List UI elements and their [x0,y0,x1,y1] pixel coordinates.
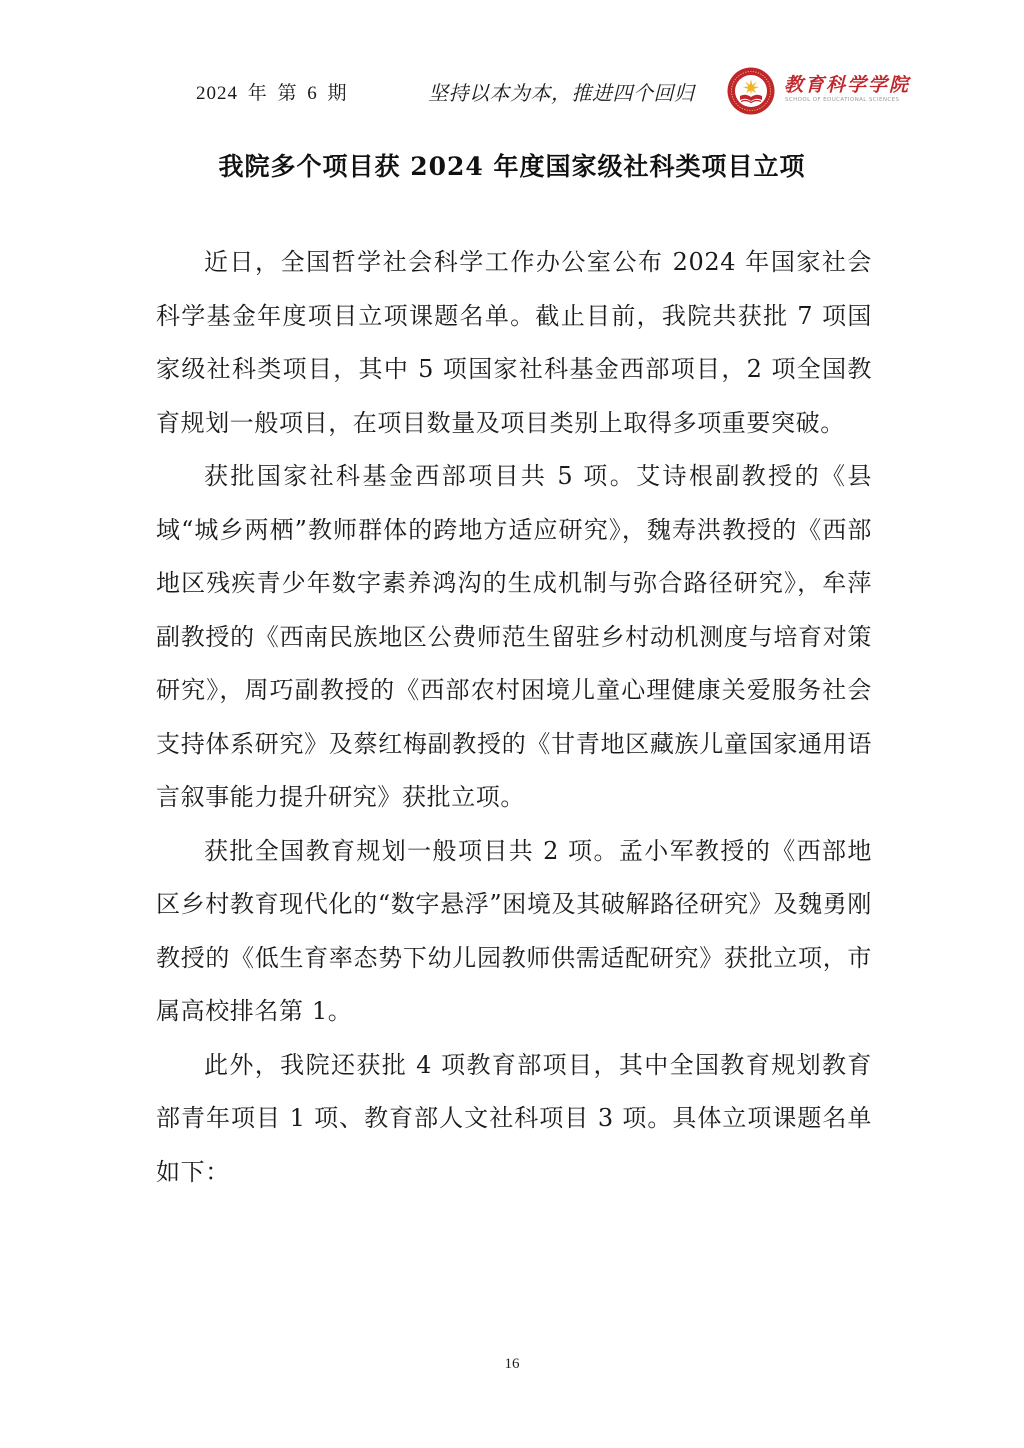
page-number: 16 [0,1356,1024,1373]
school-name: 教育科学学院 [784,70,910,97]
school-english-name: SCHOOL OF EDUCATIONAL SCIENCES [785,97,899,103]
article-title: 我院多个项目获 2024 年度国家级社科类项目立项 [0,147,1024,183]
paragraph-western-projects: 获批国家社科基金西部项目共 5 项。艾诗根副教授的《县域“城乡两栖”教师群体的跨… [156,450,872,825]
paragraph-ministry-projects: 此外，我院还获批 4 项教育部项目，其中全国教育规划教育部青年项目 1 项、教育… [156,1039,872,1200]
article-body: 近日，全国哲学社会科学工作办公室公布 2024 年国家社会科学基金年度项目立项课… [156,236,872,1199]
page-header: 2024 年 第 6 期 坚持以本为本，推进四个回归 教育科学学院 SCHOOL… [0,62,1024,118]
paragraph-intro: 近日，全国哲学社会科学工作办公室公布 2024 年国家社会科学基金年度项目立项课… [156,236,872,450]
school-logo: 教育科学学院 SCHOOL OF EDUCATIONAL SCIENCES [726,64,906,118]
paragraph-education-planning: 获批全国教育规划一般项目共 2 项。孟小军教授的《西部地区乡村教育现代化的“数字… [156,825,872,1039]
motto-text: 坚持以本为本，推进四个回归 [428,77,695,106]
issue-label: 2024 年 第 6 期 [196,78,348,105]
school-emblem-icon [726,66,776,116]
